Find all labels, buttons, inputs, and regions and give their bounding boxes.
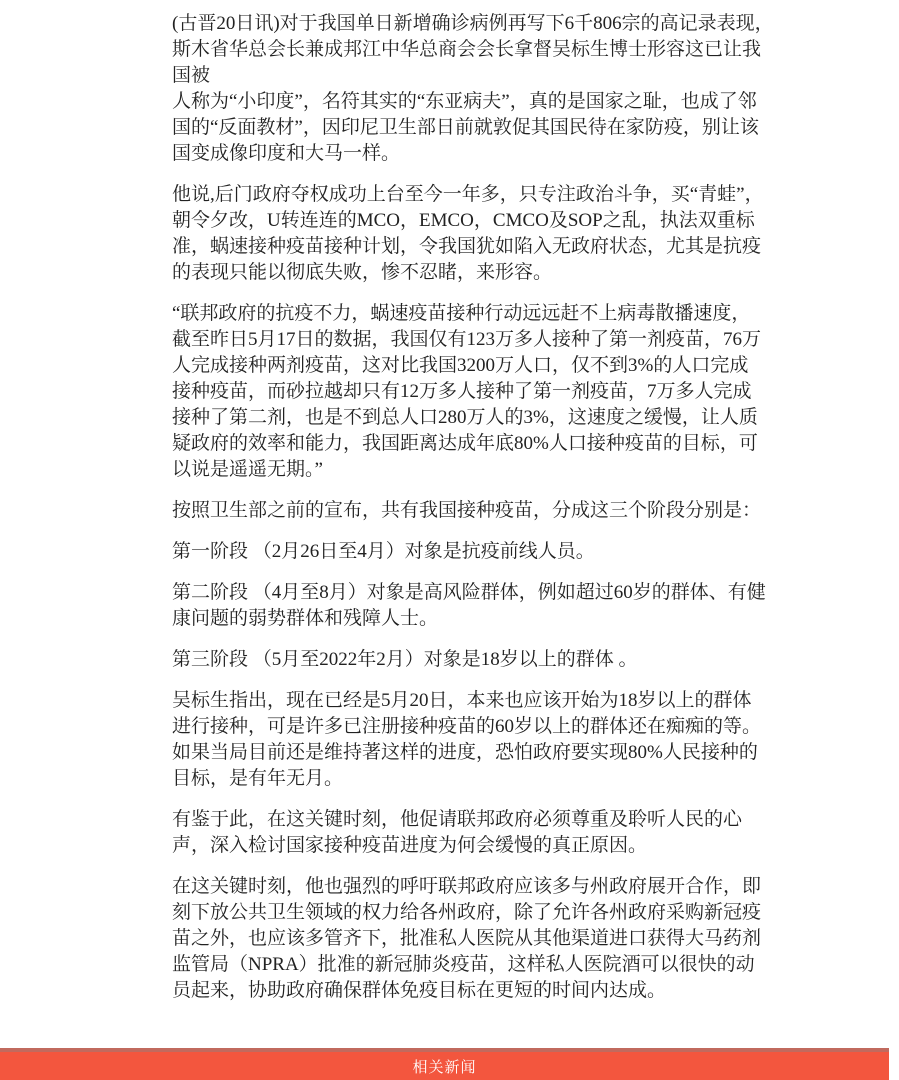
article-paragraph-4: 按照卫生部之前的宣布，共有我国接种疫苗，分成这三个阶段分别是： [172, 498, 852, 524]
article-paragraph-3: “联邦政府的抗疫不力，蜗速疫苗接种行动远远赶不上病毒散播速度， 截至昨日5月17… [172, 301, 852, 483]
article-paragraph-phase-1: 第一阶段 （2月26日至4月）对象是抗疫前线人员。 [172, 539, 852, 565]
article-paragraph-1: (古晋20日讯)对于我国单日新增确诊病例再写下6千806宗的高记录表现， 斯木省… [172, 11, 852, 167]
related-news-bar: 相关新闻 [0, 1048, 889, 1080]
article-paragraph-phase-3: 第三阶段 （5月至2022年2月）对象是18岁以上的群体 。 [172, 647, 852, 673]
article-paragraph-8: 吴标生指出，现在已经是5月20日，本来也应该开始为18岁以上的群体 进行接种，可… [172, 688, 852, 792]
related-news-label: 相关新闻 [412, 1056, 476, 1077]
article-paragraph-phase-2: 第二阶段 （4月至8月）对象是高风险群体，例如超过60岁的群体、有健 康问题的弱… [172, 580, 852, 632]
article-paragraph-2: 他说,后门政府夺权成功上台至今一年多，只专注政治斗争，买“青蛙”， 朝令夕改，U… [172, 182, 852, 286]
article-body: (古晋20日讯)对于我国单日新增确诊病例再写下6千806宗的高记录表现， 斯木省… [172, 11, 852, 1019]
article-paragraph-10: 在这关键时刻，他也强烈的呼吁联邦政府应该多与州政府展开合作，即 刻下放公共卫生领… [172, 874, 852, 1004]
article-paragraph-9: 有鉴于此，在这关键时刻，他促请联邦政府必须尊重及聆听人民的心 声，深入检讨国家接… [172, 807, 852, 859]
